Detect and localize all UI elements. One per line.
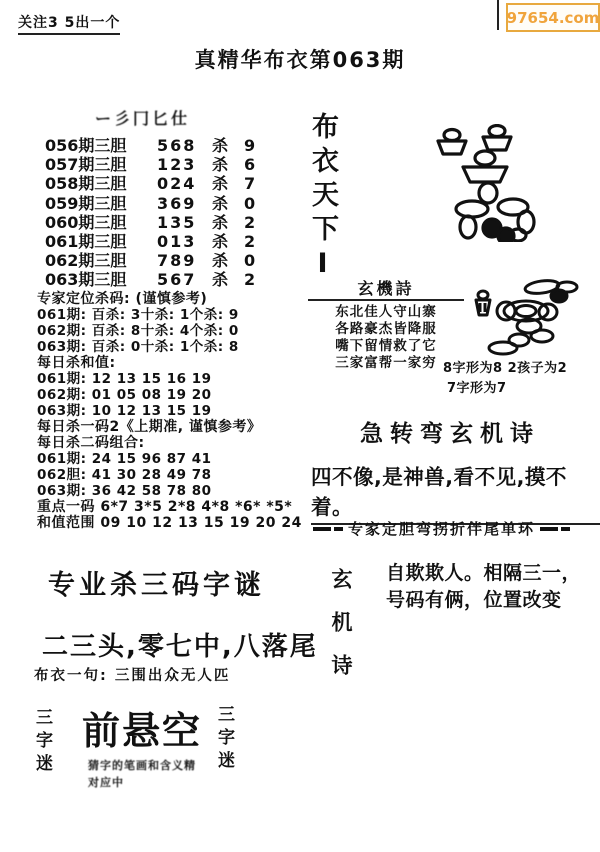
table-row: 060期三胆 135 杀 2 — [45, 213, 255, 232]
site-watermark: 97654.com — [506, 3, 600, 32]
kill-value: 2 — [244, 213, 255, 232]
kill-label: 杀 — [212, 232, 244, 251]
top-note: 关注3 5出一个 — [18, 12, 120, 35]
dan-code: 789 — [157, 251, 212, 270]
dan-code: 567 — [157, 270, 212, 289]
table-row: 063期三胆 567 杀 2 — [45, 270, 255, 289]
period-label: 058期三胆 — [45, 174, 157, 193]
period-label: 061期三胆 — [45, 232, 157, 251]
divider-dash-left — [313, 527, 343, 531]
sum-row: 061期: 12 13 15 16 19 — [37, 371, 302, 387]
kill-label: 杀 — [212, 213, 244, 232]
kill-label: 杀 — [212, 270, 244, 289]
ingot-chain-doodle — [425, 124, 537, 242]
note-line: 对应中 — [88, 774, 196, 791]
kill-value: 0 — [244, 251, 255, 270]
turn-poem-title: 急转弯玄机诗 — [305, 415, 595, 448]
kill-label: 杀 — [212, 136, 244, 155]
buyi-sentence: 布衣一句: 三围出众无人匹 — [34, 664, 230, 685]
sum-range-line: 和值范围 09 10 12 13 15 19 20 24 — [37, 515, 302, 531]
kill-value: 2 — [244, 232, 255, 251]
period-label: 060期三胆 — [45, 213, 157, 232]
table-row: 058期三胆 024 杀 7 — [45, 174, 255, 193]
kill-label: 杀 — [212, 155, 244, 174]
divider-label: 专家定胆弯拐折伴尾单环 — [348, 518, 535, 539]
one-code-line: 每日杀一码2《上期准, 谨慎参考》 — [37, 419, 302, 435]
expert-row: 062期: 百杀: 8十杀: 4个杀: 0 — [37, 323, 302, 339]
dan-code: 123 — [157, 155, 212, 174]
page-title: 真精华布衣第063期 — [0, 44, 600, 74]
kill-value: 9 — [244, 136, 255, 155]
kill-value: 6 — [244, 155, 255, 174]
kill-value: 2 — [244, 270, 255, 289]
riddle-line: 二三头,零七中,八落尾 — [42, 626, 318, 663]
xuanji-text: 自欺欺人。相隔三一， 号码有俩，位置改变 — [386, 560, 581, 614]
xuanji-vertical-label: 玄机诗 — [326, 568, 356, 697]
daily-sum-title: 每日杀和值: — [37, 355, 302, 371]
dan-code: 135 — [157, 213, 212, 232]
divider-dash-right — [540, 527, 570, 531]
kill-label: 杀 — [212, 251, 244, 270]
two-code-row: 061期: 24 15 96 87 41 — [37, 451, 302, 467]
kill-label: 杀 — [212, 174, 244, 193]
expert-row: 061期: 百杀: 3十杀: 1个杀: 9 — [37, 307, 302, 323]
poem-line: 三家富帮一家穷 — [308, 355, 464, 372]
riddle-title: 专业杀三码字谜 — [48, 563, 265, 602]
period-label: 059期三胆 — [45, 194, 157, 213]
poem-line: 各路豪杰皆降服 — [308, 321, 464, 338]
dan-code: 013 — [157, 232, 212, 251]
two-code-row: 062胆: 41 30 28 49 78 — [37, 467, 302, 483]
poem-line: 嘴下留情救了它 — [308, 338, 464, 355]
dan-code: 024 — [157, 174, 212, 193]
table-row: 057期三胆 123 杀 6 — [45, 155, 255, 174]
section-divider: 专家定胆弯拐折伴尾单环 — [313, 518, 589, 539]
two-code-row: 063期: 36 42 58 78 80 — [37, 483, 302, 499]
turn-poem-line: 四不像,是神兽,看不见,摸不着。 — [311, 460, 600, 525]
table-row: 056期三胆 568 杀 9 — [45, 136, 255, 155]
expert-title: 专家定位杀码: (谨慎参考) — [37, 291, 302, 307]
period-label: 056期三胆 — [45, 136, 157, 155]
doodle-caption: 8字形为8 2孩子为2 — [443, 357, 567, 376]
period-label: 057期三胆 — [45, 155, 157, 174]
dan-code: 568 — [157, 136, 212, 155]
key-code-line: 重点一码 6*7 3*5 2*8 4*8 *6* *5* — [37, 499, 302, 515]
table-row: 061期三胆 013 杀 2 — [45, 232, 255, 251]
sum-row: 063期: 10 12 13 15 19 — [37, 403, 302, 419]
three-char-answer: 前悬空 — [82, 700, 202, 755]
two-code-title: 每日杀二码组合: — [37, 435, 302, 451]
kill-value: 7 — [244, 174, 255, 193]
mystery-poem-title: 玄機詩 — [308, 280, 464, 301]
poem-line: 东北佳人守山寨 — [308, 304, 464, 321]
buyi-tianxia-banner: 布衣天下I — [303, 112, 342, 286]
three-dan-history-list: 056期三胆 568 杀 9 057期三胆 123 杀 6 058期三胆 024… — [45, 136, 255, 290]
expert-kill-section: 专家定位杀码: (谨慎参考) 061期: 百杀: 3十杀: 1个杀: 9 062… — [37, 291, 302, 531]
kill-label: 杀 — [212, 194, 244, 213]
sum-row: 062期: 01 05 08 19 20 — [37, 387, 302, 403]
header-divider-line — [497, 0, 499, 30]
three-char-label-left: 三字迷 — [30, 708, 55, 777]
period-label: 063期三胆 — [45, 270, 157, 289]
period-label: 062期三胆 — [45, 251, 157, 270]
dan-code: 369 — [157, 194, 212, 213]
mystery-poem-box: 玄機詩 东北佳人守山寨 各路豪杰皆降服 嘴下留情救了它 三家富帮一家穷 — [308, 280, 464, 372]
kill-value: 0 — [244, 194, 255, 213]
lottery-tip-sheet: 关注3 5出一个 97654.com 真精华布衣第063期 ー彡冂匕仕 056期… — [0, 0, 600, 852]
table-row: 059期三胆 369 杀 0 — [45, 194, 255, 213]
note-line: 猜字的笔画和含义精 — [88, 757, 196, 774]
three-char-label-right: 三字迷 — [212, 705, 237, 774]
snake-chain-doodle — [468, 276, 594, 362]
xuanji-line: 自欺欺人。相隔三一， — [386, 560, 581, 587]
distorted-header: ー彡冂匕仕 — [95, 106, 190, 129]
xuanji-line: 号码有俩，位置改变 — [386, 587, 581, 614]
expert-row: 063期: 百杀: 0十杀: 1个杀: 8 — [37, 339, 302, 355]
doodle-caption: 7字形为7 — [447, 377, 507, 396]
three-char-note: 猜字的笔画和含义精 对应中 — [88, 757, 196, 791]
table-row: 062期三胆 789 杀 0 — [45, 251, 255, 270]
